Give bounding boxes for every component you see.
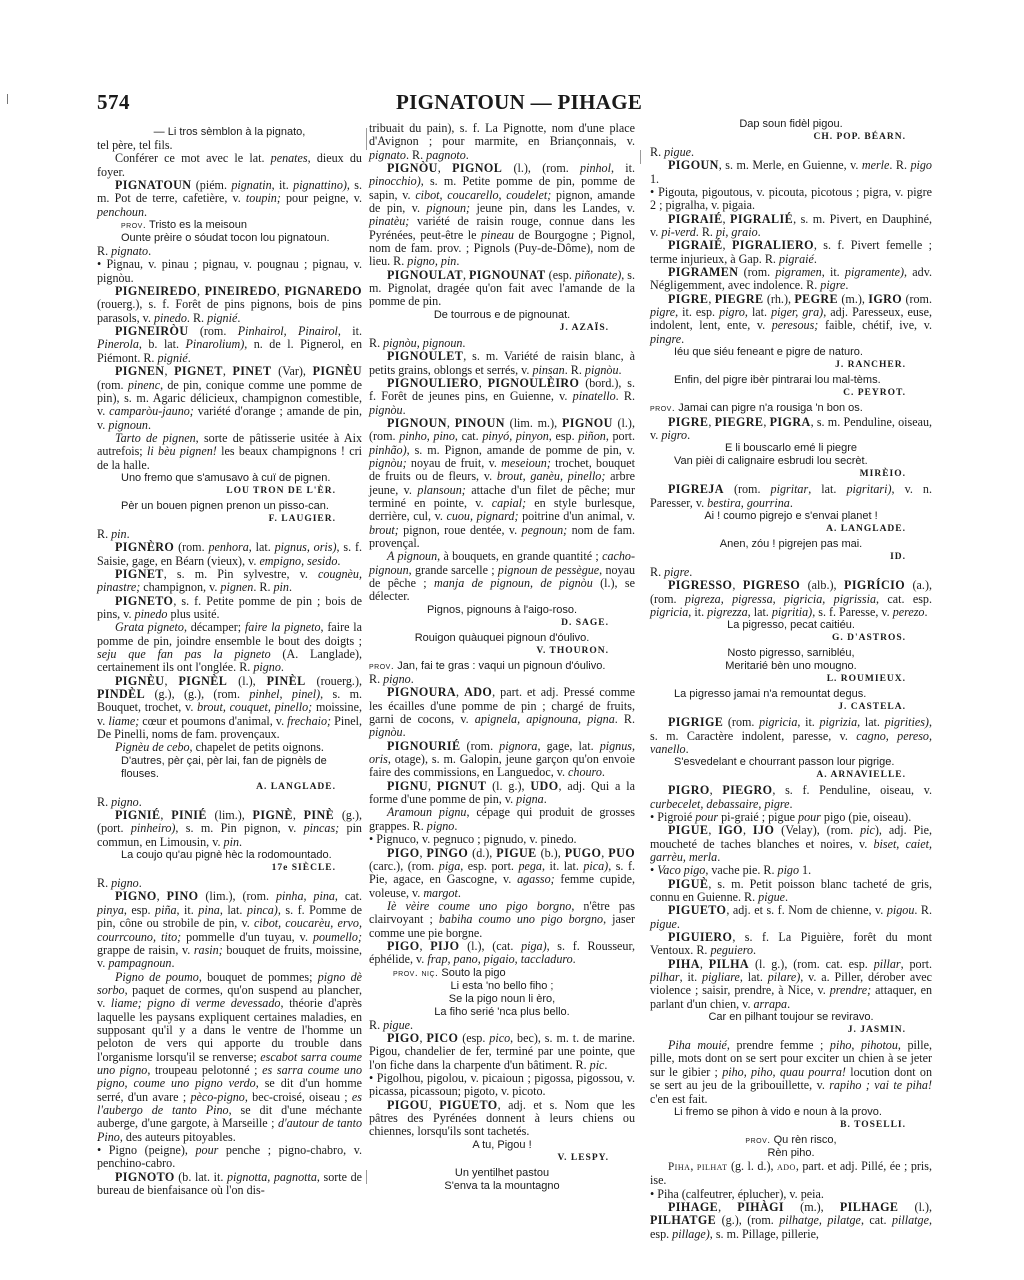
text-run: prov. [121, 220, 146, 231]
quotation-attribution: MIRÈIO. [650, 468, 932, 480]
cross-reference-note: • Pignuco, v. pegnuco ; pignudo, v. pine… [369, 833, 635, 846]
headword: PIGNOURIÉ [387, 739, 460, 753]
cross-reference-note: • Vaco pigo, vache pie. R. pigo 1. [650, 864, 932, 877]
text-run: , lat. [748, 605, 772, 619]
text-run: . [454, 819, 457, 833]
text-run: plus usité. [167, 607, 219, 621]
text-run: , chapelet de petits oignons. [190, 740, 324, 754]
text-run: Souto la pigo [438, 967, 505, 979]
italic-term: Piha mouié [668, 1038, 727, 1052]
text-run: . [687, 428, 690, 442]
text-run: • Pignau, v. pinau ; pignau, v. pougnau … [97, 257, 362, 284]
text-run: . [573, 952, 576, 966]
text-run: , cat. [455, 429, 482, 443]
text-run: c'en est fait. [650, 1092, 708, 1106]
text-run: pommelle d'un tuyau, v. [181, 930, 313, 944]
dictionary-entry: PIGRE, PIEGRE, PIGRA, s. m. Penduline, o… [650, 416, 932, 443]
headword: PIGNOURA [387, 685, 456, 699]
text-run: prov. niç. [393, 968, 438, 979]
dictionary-entry: PIGNOULAT, PIGNOUNAT (esp. piñonate), s.… [369, 269, 635, 309]
text-run: , [723, 238, 732, 252]
text-run: De tourrous e de pignounat. [434, 309, 570, 321]
text-run: , [164, 674, 178, 688]
text-run: , vache pie. R. [705, 863, 777, 877]
italic-term: pour [798, 810, 821, 824]
text-run: Li esta 'no bello fiho ; [450, 980, 553, 992]
text-run: (l.), [227, 674, 266, 688]
text-run: , it. [177, 903, 199, 917]
text-run: , lat. [249, 540, 275, 554]
text-run: . R. [187, 311, 207, 325]
text-run: (Var), [271, 364, 312, 378]
text-run: , it. esp. [675, 305, 719, 319]
text-run: R. [650, 565, 664, 579]
text-run: Pignos, pignouns à l'aigo-roso. [427, 604, 577, 616]
italic-term: pi-verd [661, 225, 695, 239]
italic-term: pour [695, 810, 718, 824]
headword: PIHÀGI [737, 1200, 784, 1214]
dictionary-entry: PIGUETO, adj. et s. f. Nom de chienne, v… [650, 904, 932, 931]
column-rule [366, 128, 367, 150]
text-run: . [411, 672, 414, 686]
text-run: . [544, 792, 547, 806]
text-run: 1. [650, 172, 659, 186]
quotation-attribution: LOU TRON DE L'ÈR. [97, 485, 362, 497]
column-rule [640, 150, 641, 164]
italic-term: pignòu [369, 403, 403, 417]
headword: PIGOUN [668, 158, 719, 172]
text-run: (Velay), (rom. [774, 823, 860, 837]
text-run: J. CASTELA. [838, 702, 906, 712]
text-run: , troupeau pelotonné ; [147, 1063, 262, 1077]
text-run: . [410, 1018, 413, 1032]
text-run: , prendre femme ; [727, 1038, 830, 1052]
text-run: , décamper; [184, 620, 245, 634]
headword: PIGRO [668, 783, 710, 797]
text-run: R. [369, 672, 383, 686]
text-run: , s. m. Merle, en Guienne, v. [719, 158, 862, 172]
text-run: Rèn piho. [767, 1147, 814, 1159]
italic-term: pigritar [771, 482, 809, 496]
italic-term: pillatge [892, 1213, 929, 1227]
text-run: (rh.), [763, 292, 794, 306]
italic-term: pillage) [672, 1227, 710, 1241]
italic-term: Tarto de pignen [115, 431, 196, 445]
text-run: (rom. [188, 324, 237, 338]
headword: PIGNET [174, 364, 223, 378]
italic-term: margot [423, 886, 458, 900]
headword: PIGNOU [562, 416, 613, 430]
text-run: , s. f. Penduline, oiseau, v. [772, 783, 932, 797]
text-run: • Pigroié [650, 810, 695, 824]
italic-term: capial; [492, 496, 526, 510]
entry-continuation: tribuait du pain), s. f. La Pignotte, no… [369, 122, 635, 162]
headword: IGRO [868, 292, 902, 306]
text-run: , [447, 416, 455, 430]
quotation-attribution: L. ROUMIEUX. [650, 673, 932, 685]
quotation-line: De tourrous e de pignounat. [369, 309, 635, 322]
cross-reference-note: • Pigolhou, pigolou, v. picaioun ; pigos… [369, 1072, 635, 1099]
dictionary-entry: PIGRAIÉ, PIGRALIERO, s. f. Pivert femell… [650, 239, 932, 266]
text-run: , [708, 823, 718, 837]
quotation-attribution: 17e SIÈCLE. [97, 862, 362, 874]
dictionary-entry: Piha, pilhat (g. l. d.), ado, part. et a… [650, 1160, 932, 1188]
text-run: . [845, 278, 848, 292]
text-run: , [197, 284, 205, 298]
headword: PIGNÈL [178, 674, 227, 688]
text-run: . [289, 580, 292, 594]
text-run: , port. [901, 957, 932, 971]
text-run: , [428, 779, 437, 793]
italic-term: pigno [253, 660, 281, 674]
quotation-line: Car en pilhant toujour se reviravo. [650, 1011, 932, 1024]
text-run: (piém. [191, 178, 231, 192]
dictionary-entry: PIGNATOUN (piém. pignatin, it. pignattin… [97, 179, 362, 219]
headword: PIEGRE [715, 292, 764, 306]
italic-term: prendre; [830, 983, 871, 997]
headword: PIGNOULIERO [387, 376, 479, 390]
quotation-attribution: C. PEYROT. [650, 387, 932, 399]
text-run: . [619, 363, 622, 377]
dictionary-entry: PIGNOULIERO, PIGNOULÈIRO (bord.), s. f. … [369, 377, 635, 417]
headword: PIGNOUNAT [469, 268, 546, 282]
text-run: (esp. [458, 1031, 489, 1045]
text-run: Jamai can pigre n'a rousiga 'n bon os. [675, 402, 863, 414]
italic-term: camparòu-jauno; [109, 404, 194, 418]
text-run: , [429, 1098, 440, 1112]
headword: PIGO [387, 939, 420, 953]
text-run: . [139, 795, 142, 809]
italic-term: pigue [650, 917, 677, 931]
dictionary-entry: PIGRAIÉ, PIGRALIÉ, s. m. Pivert, en Daup… [650, 213, 932, 240]
text-run: C. PEYROT. [843, 388, 906, 398]
etymology-reference: R. pigno. [97, 796, 362, 809]
italic-term: pinatèu; [369, 214, 409, 228]
headword: PIGNU [387, 779, 428, 793]
quotation-line: prov. Qu rèn risco, [650, 1134, 932, 1147]
text-run: , it. [680, 970, 702, 984]
text-run: Jan, fai te gras : vaqui un pignoun d'óu… [394, 660, 605, 672]
headword: PIGNEIREDO [115, 284, 197, 298]
text-run: Nosto pigresso, sarnibléu, [727, 647, 854, 659]
dictionary-entry: PIGNIÉ, PINIÉ (lim.), PIGNÈ, PINÈ (g.), … [97, 809, 362, 849]
text-run: R. [97, 527, 111, 541]
italic-term: pigno, pin [407, 254, 456, 268]
italic-term: brout, ganèu, pinello; [497, 469, 606, 483]
text-run: Ounte prèire o sóudat tocon lou pignatou… [121, 232, 330, 244]
text-run: Van pièi di calignaire esbrudi lou secrè… [674, 455, 868, 467]
italic-term: peresous; [772, 318, 819, 332]
text-run: tribuait du pain), s. f. La Pignotte, no… [369, 121, 635, 148]
italic-term: pigrities) [885, 715, 929, 729]
text-run: . [403, 725, 406, 739]
text-run: , lat. [808, 482, 846, 496]
text-run: , [157, 889, 167, 903]
dictionary-entry: PIGREJA (rom. pigritar, lat. pigritari),… [650, 483, 932, 510]
text-run: Piha [668, 1161, 690, 1173]
headword: PIGNO [115, 889, 157, 903]
italic-term: cibot, coucarello, coudelet; [415, 188, 551, 202]
headword: PIGUÈ [668, 877, 708, 891]
quotation-line: S'enva ta la mountagno [369, 1180, 635, 1193]
dictionary-entry: PIHAGE, PIHÀGI (m.), PILHAGE (l.), PILHA… [650, 1201, 932, 1241]
text-run: , cat. [335, 889, 362, 903]
text-run: , lat. [857, 715, 884, 729]
quotation-line: Meritarié bèn uno mougno. [650, 660, 932, 673]
text-run: F. LAUGIER. [269, 514, 336, 524]
text-run: . [148, 244, 151, 258]
etymology-reference: R. pigue. [650, 146, 932, 159]
text-run: . R. [914, 903, 932, 917]
italic-term: pinhol [580, 161, 611, 175]
text-run: V. LESPY. [557, 1153, 609, 1163]
italic-term: pincas; [304, 821, 340, 835]
text-run: . [127, 527, 130, 541]
italic-term: pinedo [135, 607, 168, 621]
italic-term: pi, graio [716, 225, 758, 239]
text-run: pour peigne, v. [281, 191, 362, 205]
dictionary-entry: Pignèu de cebo, chapelet de petits oigno… [97, 741, 362, 754]
quotation-line: La pigresso jamai n'a remountat degus. [650, 688, 932, 701]
italic-term: pignattino) [293, 178, 347, 192]
headword: PINET [233, 364, 272, 378]
italic-term: pigreza, pigressa, pigricia, pigrissia [685, 592, 876, 606]
italic-term: pillar [874, 957, 901, 971]
quotation-line: Anen, zóu ! pigrejen pas mai. [650, 538, 932, 551]
headword: PIGRAIÉ [668, 238, 723, 252]
text-run: , port. [606, 429, 635, 443]
text-run: , adj. et s. f. Nom de chienne, v. [726, 903, 886, 917]
text-run: . [689, 565, 692, 579]
text-run: , s. m. Pillage, pillerie, [710, 1227, 819, 1241]
text-run: . [691, 145, 694, 159]
italic-term: pigo [910, 158, 932, 172]
dictionary-entry: PIGRAMEN (rom. pigramen, it. pigramente)… [650, 266, 932, 293]
italic-term: li bèu pignen! [147, 444, 217, 458]
text-run: . [239, 835, 242, 849]
quotation-attribution: J. AZAÏS. [369, 322, 635, 334]
dictionary-entry: PIGNOURIÉ (rom. pignora, gage, lat. pign… [369, 740, 635, 780]
text-run: (l. g.), [486, 779, 530, 793]
text-run: (g.), (g.), (rom. [145, 687, 249, 701]
text-run: (rom. [174, 540, 208, 554]
headword: PILHA [709, 957, 749, 971]
italic-term: piga [439, 859, 461, 873]
italic-term: pica) [583, 859, 608, 873]
italic-term: pigritia) [772, 605, 812, 619]
headword: UDO [530, 779, 558, 793]
italic-term: pignòu; [369, 456, 407, 470]
etymology-reference: R. pin. [97, 528, 362, 541]
text-run: Iéu que siéu feneant e pigre de naturo. [674, 346, 863, 358]
quotation-line: La coujo qu'au pignè hèc la rodomountado… [97, 849, 362, 862]
text-run: , [743, 823, 753, 837]
italic-term: pigritari) [846, 482, 891, 496]
dictionary-entry: PIGNEIRÒU (rom. Pinhairol, Pinairol, it.… [97, 325, 362, 365]
dictionary-entry: PIGNOUN, PINOUN (lim. m.), PIGNOU (l.), … [369, 417, 635, 550]
text-run: . [753, 943, 756, 957]
running-head: PIGNATOUN — PIHAGE [396, 90, 642, 115]
dictionary-entry: PIGNÈRO (rom. penhora, lat. pignus, oris… [97, 541, 362, 568]
italic-term: pinedo [154, 311, 187, 325]
quotation-line: Se la pigo noun li èro, [369, 993, 635, 1006]
text-run: Dap soun fidèl pigou. [739, 118, 842, 130]
text-run: . [785, 890, 788, 904]
text-run: , s. f. Paresse, v. [812, 605, 893, 619]
text-run: , des auteurs pitoyables. [120, 1130, 236, 1144]
text-run: . [237, 311, 240, 325]
quotation-line: D'autres, pèr çai, pèr lai, fan de pignè… [97, 755, 362, 781]
italic-term: pignòu [585, 363, 619, 377]
dictionary-entry: PIGUIERO, s. f. La Piguière, forêt du mo… [650, 931, 932, 958]
text-run: , cat. esp. [876, 592, 932, 606]
text-run: Tristo es la meisoun [146, 219, 247, 231]
dictionary-entry: PIGOU, PIGUETO, adj. et s. Nom que les p… [369, 1099, 635, 1139]
headword: PIGO [387, 1031, 420, 1045]
text-run: prov. [745, 1135, 770, 1146]
italic-term: pigno [383, 672, 411, 686]
quotation-line: Un yentilhet pastou [369, 1167, 635, 1180]
italic-term: pèco-pigno [190, 1090, 244, 1104]
text-run: , it. [338, 324, 362, 338]
text-run: R. [369, 1018, 383, 1032]
text-run: , [700, 957, 709, 971]
italic-term: faire la pigneto [245, 620, 321, 634]
italic-term: manja de pignoun, de pignòu [434, 576, 593, 590]
text-run: . [602, 765, 605, 779]
italic-term: pinho, pino [399, 429, 455, 443]
text-run: , [420, 939, 431, 953]
quotation-line: Enfin, del pigre ibèr pintrarai lou mal-… [650, 374, 932, 387]
text-run: . [171, 956, 174, 970]
dictionary-entry: PIGNEN, PIGNET, PINET (Var), PIGNÈU (rom… [97, 365, 362, 432]
dictionary-entry: Conférer ce mot avec le lat. penates, di… [97, 152, 362, 179]
italic-term: pignato [369, 148, 406, 162]
dictionary-entry: PIGNOURA, ADO, part. et adj. Pressé comm… [369, 686, 635, 739]
dictionary-entry: PIGNÈU, PIGNÈL (l.), PINÈL (rouerg.), PI… [97, 675, 362, 742]
dictionary-entry: PIGNEIREDO, PINEIREDO, PIGNAREDO (rouerg… [97, 285, 362, 325]
headword: PIGNEIRÒU [115, 324, 188, 338]
italic-term: pinya [97, 903, 124, 917]
text-run: . [677, 917, 680, 931]
text-run: grappe de raisin, v. [97, 943, 194, 957]
page-number: 574 [97, 90, 130, 115]
headword: PIGUETO [668, 903, 726, 917]
text-run: , s. m. Pin pignon, v. [175, 821, 303, 835]
text-run: . [148, 418, 151, 432]
italic-term: pigricia [759, 715, 797, 729]
headword: PIGUE [496, 846, 536, 860]
cross-reference-note: • Piha (calfeutrer, éplucher), v. peia. [650, 1188, 932, 1201]
italic-term: bestira, gourrina [707, 496, 790, 510]
headword: ADO [464, 685, 492, 699]
italic-term: pigre [650, 305, 675, 319]
text-run: pignon, roue dentée, v. [399, 523, 522, 537]
headword: PIGUE [668, 823, 708, 837]
dictionary-entry: PIGRIGE (rom. pigricia, it. pigrizia, la… [650, 716, 932, 756]
text-run: , b. lat. [139, 337, 186, 351]
text-run: (rom. [738, 265, 775, 279]
text-run: , it. [272, 178, 293, 192]
dictionary-entry: Pigno de poumo, bouquet de pommes; pigno… [97, 971, 362, 1144]
italic-term: apignela, apignouna, pigna [475, 712, 615, 726]
text-run: ID. [890, 552, 906, 562]
text-run: Qu rèn risco, [771, 1134, 837, 1146]
text-run: D. SAGE. [561, 618, 609, 628]
italic-term: brout; [369, 523, 399, 537]
text-run: (b.), [537, 846, 565, 860]
text-run: prov. [369, 661, 394, 672]
text-run: 17e SIÈCLE. [272, 863, 336, 873]
text-run: , s. m. Pignon, amande de pomme de pin, … [407, 443, 635, 457]
text-run: A tu, Pigou ! [472, 1139, 531, 1151]
headword: PIGO [387, 846, 420, 860]
quotation-line: E li bouscarlo emé li piegre [650, 442, 932, 455]
headword: PINÈL [267, 674, 306, 688]
quotation-attribution: A. ARNAVIELLE. [650, 769, 932, 781]
text-run: . [337, 554, 340, 568]
italic-term: pinca) [247, 903, 278, 917]
italic-term: pin [111, 527, 126, 541]
text-run: R. [369, 336, 383, 350]
dictionary-entry: PIGUÈ, s. m. Petit poisson blanc tacheté… [650, 878, 932, 905]
text-run: , [732, 578, 743, 592]
text-run: . [787, 997, 790, 1011]
italic-term: rapiho ; vai te piha! [829, 1078, 932, 1092]
headword: PIGNETO [115, 594, 173, 608]
headword: PIHAGE [668, 1200, 718, 1214]
headword: PIGNOUN [387, 416, 447, 430]
italic-term: Pignèu de cebo [115, 740, 190, 754]
italic-term: pina [198, 903, 220, 917]
text-run: (m.), [838, 292, 868, 306]
text-run: A. LANGLADE. [826, 524, 906, 534]
text-run: R. [97, 795, 111, 809]
text-run: . [188, 351, 191, 365]
text-run: J. AZAÏS. [560, 323, 609, 333]
headword: PIGNÈRO [115, 540, 174, 554]
text-run: . [790, 496, 793, 510]
text-run: J. RANCHER. [835, 360, 906, 370]
text-run: . [681, 332, 684, 346]
headword: PIGNET [115, 567, 164, 581]
text-run: La pigresso jamai n'a remountat degus. [674, 688, 866, 700]
text-run: (esp. [546, 268, 575, 282]
text-run: , [164, 364, 174, 378]
quotation-line: Nosto pigresso, sarnibléu, [650, 647, 932, 660]
italic-term: Aramoun pignu [387, 805, 466, 819]
text-run: E li bouscarlo emé li piegre [725, 442, 857, 454]
italic-term: pigramente) [845, 265, 904, 279]
headword: PIGREJA [668, 482, 724, 496]
italic-term: pinsan [532, 363, 564, 377]
italic-term: pinhel, pinel) [249, 687, 320, 701]
headword: PIGNÒU [387, 161, 438, 175]
cross-reference-note: • Pigouta, pigoutous, v. picouta, picoto… [650, 186, 932, 213]
text-run: (alb.), [800, 578, 844, 592]
headword: PIGNOULAT [387, 268, 463, 282]
italic-term: pigro [719, 305, 745, 319]
text-run: . R. [615, 712, 635, 726]
headword: PIGNATOUN [115, 178, 191, 192]
headword: PIGNUT [437, 779, 486, 793]
dictionary-entry: PIGUE, IGO, IJO (Velay), (rom. pic), adj… [650, 824, 932, 864]
text-run: Conférer ce mot avec le lat. [115, 151, 271, 165]
text-run: , [160, 808, 171, 822]
text-run: MIRÈIO. [860, 469, 906, 479]
text-run: , s. m. Pin sylvestre, v. [164, 567, 318, 581]
cross-reference-note: • Pigroié pour pi-graié ; pigue pour pig… [650, 811, 932, 824]
